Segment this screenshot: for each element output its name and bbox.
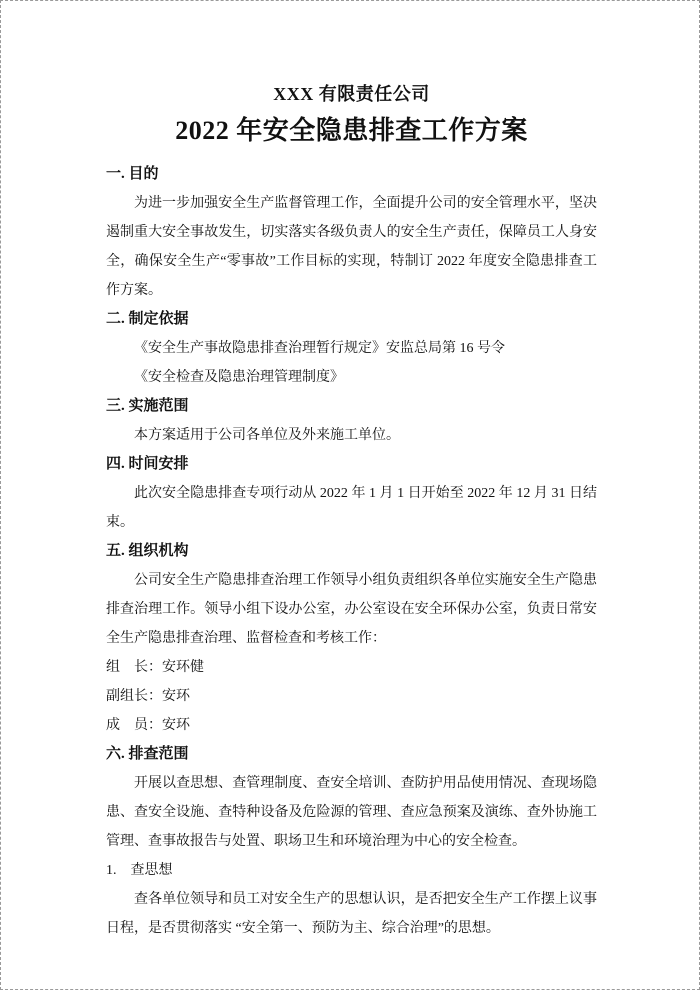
paragraph: 开展以查思想、查管理制度、查安全培训、查防护用品使用情况、查现场隐患、查安全设施… [106, 769, 597, 856]
section-heading: 二. 制定依据 [106, 305, 597, 334]
paragraph: 公司安全生产隐患排查治理工作领导小组负责组织各单位实施安全生产隐患排查治理工作。… [106, 566, 597, 653]
role-line-leader: 组 长：安环健 [106, 653, 597, 682]
section-basis: 二. 制定依据 《安全生产事故隐患排查治理暂行规定》安监总局第 16 号令 《安… [106, 305, 597, 392]
paragraph: 为进一步加强安全生产监督管理工作，全面提升公司的安全管理水平，坚决遏制重大安全事… [106, 189, 597, 305]
role-line-deputy: 副组长：安环 [106, 682, 597, 711]
section-heading: 四. 时间安排 [106, 450, 597, 479]
paragraph: 本方案适用于公司各单位及外来施工单位。 [106, 421, 597, 450]
document-title: 2022 年安全隐患排查工作方案 [106, 109, 597, 153]
subsection-label: 1. 查思想 [106, 856, 597, 885]
reference-item: 《安全检查及隐患治理管理制度》 [106, 363, 597, 392]
section-schedule: 四. 时间安排 此次安全隐患排查专项行动从 2022 年 1 月 1 日开始至 … [106, 450, 597, 537]
section-inspection-range: 六. 排查范围 开展以查思想、查管理制度、查安全培训、查防护用品使用情况、查现场… [106, 740, 597, 943]
section-scope: 三. 实施范围 本方案适用于公司各单位及外来施工单位。 [106, 392, 597, 450]
paragraph: 此次安全隐患排查专项行动从 2022 年 1 月 1 日开始至 2022 年 1… [106, 479, 597, 537]
section-heading: 六. 排查范围 [106, 740, 597, 769]
section-organization: 五. 组织机构 公司安全生产隐患排查治理工作领导小组负责组织各单位实施安全生产隐… [106, 537, 597, 740]
section-heading: 三. 实施范围 [106, 392, 597, 421]
section-heading: 五. 组织机构 [106, 537, 597, 566]
role-line-members: 成 员：安环 [106, 711, 597, 740]
document-page: XXX 有限责任公司 2022 年安全隐患排查工作方案 一. 目的 为进一步加强… [0, 0, 700, 990]
paragraph: 查各单位领导和员工对安全生产的思想认识，是否把安全生产工作摆上议事日程，是否贯彻… [106, 885, 597, 943]
reference-item: 《安全生产事故隐患排查治理暂行规定》安监总局第 16 号令 [106, 334, 597, 363]
section-purpose: 一. 目的 为进一步加强安全生产监督管理工作，全面提升公司的安全管理水平，坚决遏… [106, 160, 597, 305]
section-heading: 一. 目的 [106, 160, 597, 189]
company-title: XXX 有限责任公司 [106, 79, 597, 109]
